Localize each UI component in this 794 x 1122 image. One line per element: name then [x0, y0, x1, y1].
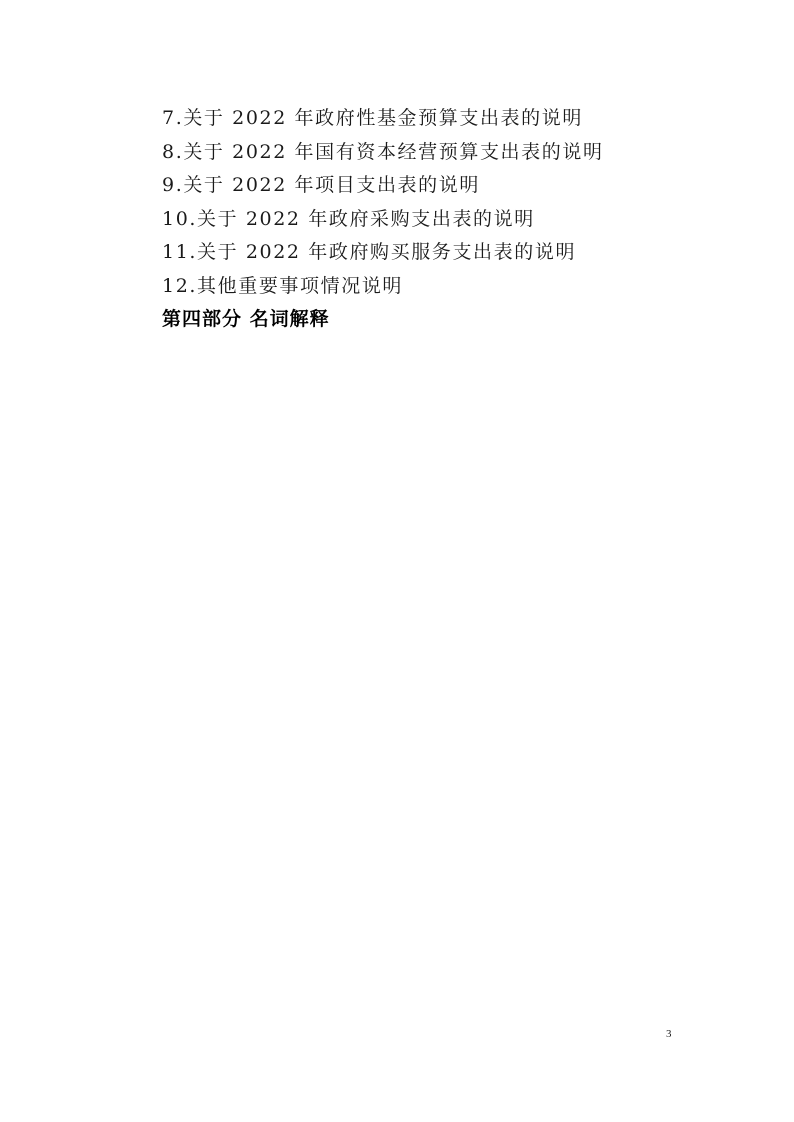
page-number: 3: [666, 1028, 672, 1040]
toc-item-12: 12.其他重要事项情况说明: [162, 270, 604, 304]
document-page: 7.关于 2022 年政府性基金预算支出表的说明 8.关于 2022 年国有资本…: [0, 0, 794, 1122]
section-heading-part-four: 第四部分 名词解释: [162, 303, 604, 337]
toc-item-9: 9.关于 2022 年项目支出表的说明: [162, 169, 604, 203]
toc-item-10: 10.关于 2022 年政府采购支出表的说明: [162, 203, 604, 237]
toc-item-7: 7.关于 2022 年政府性基金预算支出表的说明: [162, 102, 604, 136]
table-of-contents: 7.关于 2022 年政府性基金预算支出表的说明 8.关于 2022 年国有资本…: [162, 102, 604, 337]
toc-item-11: 11.关于 2022 年政府购买服务支出表的说明: [162, 236, 604, 270]
toc-item-8: 8.关于 2022 年国有资本经营预算支出表的说明: [162, 136, 604, 170]
